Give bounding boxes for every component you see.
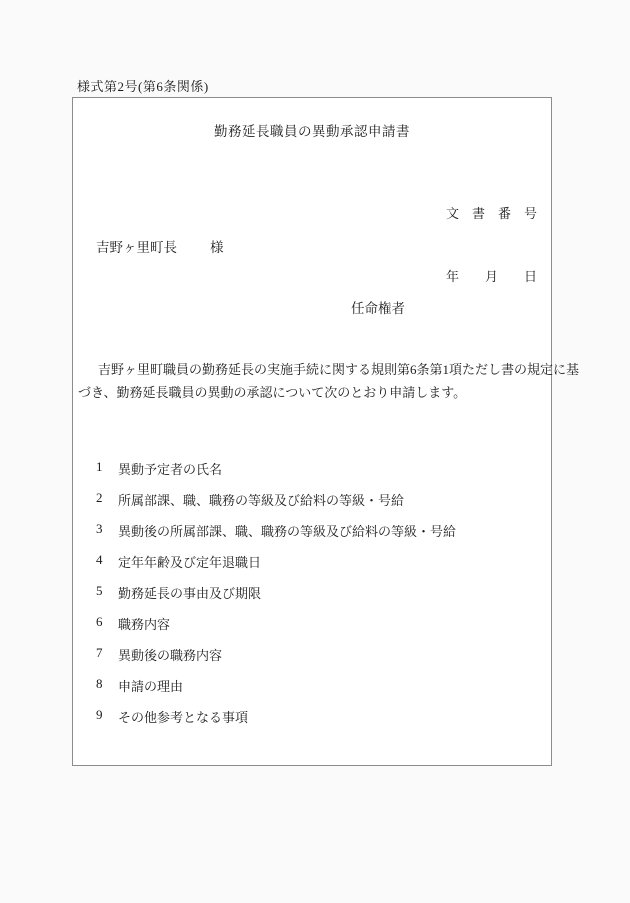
page: { "page": { "form_label": "様式第2号(第6条関係)"… — [0, 0, 630, 903]
list-item-text: 職務内容 — [118, 614, 170, 633]
form-number-label: 様式第2号(第6条関係) — [77, 76, 209, 95]
body-paragraph-line-2: づき、勤務延長職員の異動の承認について次のとおり申請します。 — [78, 381, 546, 404]
list-item-text: 申請の理由 — [118, 676, 183, 695]
list-item-number: 8 — [96, 676, 118, 692]
list-item: 8 申請の理由 — [96, 676, 536, 707]
list-item-text: その他参考となる事項 — [118, 707, 248, 726]
list-item-number: 4 — [96, 552, 118, 568]
list-item-text: 定年年齢及び定年退職日 — [118, 552, 261, 571]
appointer-label: 任命権者 — [351, 297, 405, 317]
list-item: 5 勤務延長の事由及び期限 — [96, 583, 536, 614]
list-item: 9 その他参考となる事項 — [96, 707, 536, 738]
list-item: 6 職務内容 — [96, 614, 536, 645]
list-item-number: 9 — [96, 707, 118, 723]
document-border-box: 勤務延長職員の異動承認申請書 文 書 番 号 年 月 日 吉野ヶ里町長様 任命権… — [72, 97, 552, 766]
list-item-number: 6 — [96, 614, 118, 630]
addressee-name: 吉野ヶ里町長 — [96, 240, 177, 255]
list-item: 4 定年年齢及び定年退職日 — [96, 552, 536, 583]
list-item-number: 7 — [96, 645, 118, 661]
document-title: 勤務延長職員の異動承認申請書 — [73, 120, 551, 140]
list-item: 7 異動後の職務内容 — [96, 645, 536, 676]
list-item-number: 2 — [96, 490, 118, 506]
body-paragraph: 吉野ヶ里町職員の勤務延長の実施手続に関する規則第6条第1項ただし書の規定に基 づ… — [78, 358, 546, 404]
list-item-text: 所属部課、職、職務の等級及び給料の等級・号給 — [118, 490, 404, 509]
list-item-number: 3 — [96, 521, 118, 537]
list-item-number: 5 — [96, 583, 118, 599]
list-item: 1 異動予定者の氏名 — [96, 459, 536, 490]
list-item-text: 勤務延長の事由及び期限 — [118, 583, 261, 602]
list-item-text: 異動予定者の氏名 — [118, 459, 222, 478]
body-paragraph-line-1: 吉野ヶ里町職員の勤務延長の実施手続に関する規則第6条第1項ただし書の規定に基 — [78, 358, 546, 381]
list-item-number: 1 — [96, 459, 118, 475]
honorific-label: 様 — [210, 236, 224, 256]
list-item: 3 異動後の所属部課、職、職務の等級及び給料の等級・号給 — [96, 521, 536, 552]
list-item-text: 異動後の職務内容 — [118, 645, 222, 664]
list-item-text: 異動後の所属部課、職、職務の等級及び給料の等級・号給 — [118, 521, 456, 540]
date-line: 年 月 日 — [446, 266, 537, 287]
addressee-line: 吉野ヶ里町長様 — [96, 236, 224, 256]
list-item: 2 所属部課、職、職務の等級及び給料の等級・号給 — [96, 490, 536, 521]
item-list: 1 異動予定者の氏名 2 所属部課、職、職務の等級及び給料の等級・号給 3 異動… — [96, 459, 536, 738]
document-number-block: 文 書 番 号 年 月 日 — [446, 161, 537, 329]
doc-number-line: 文 書 番 号 — [446, 203, 537, 224]
